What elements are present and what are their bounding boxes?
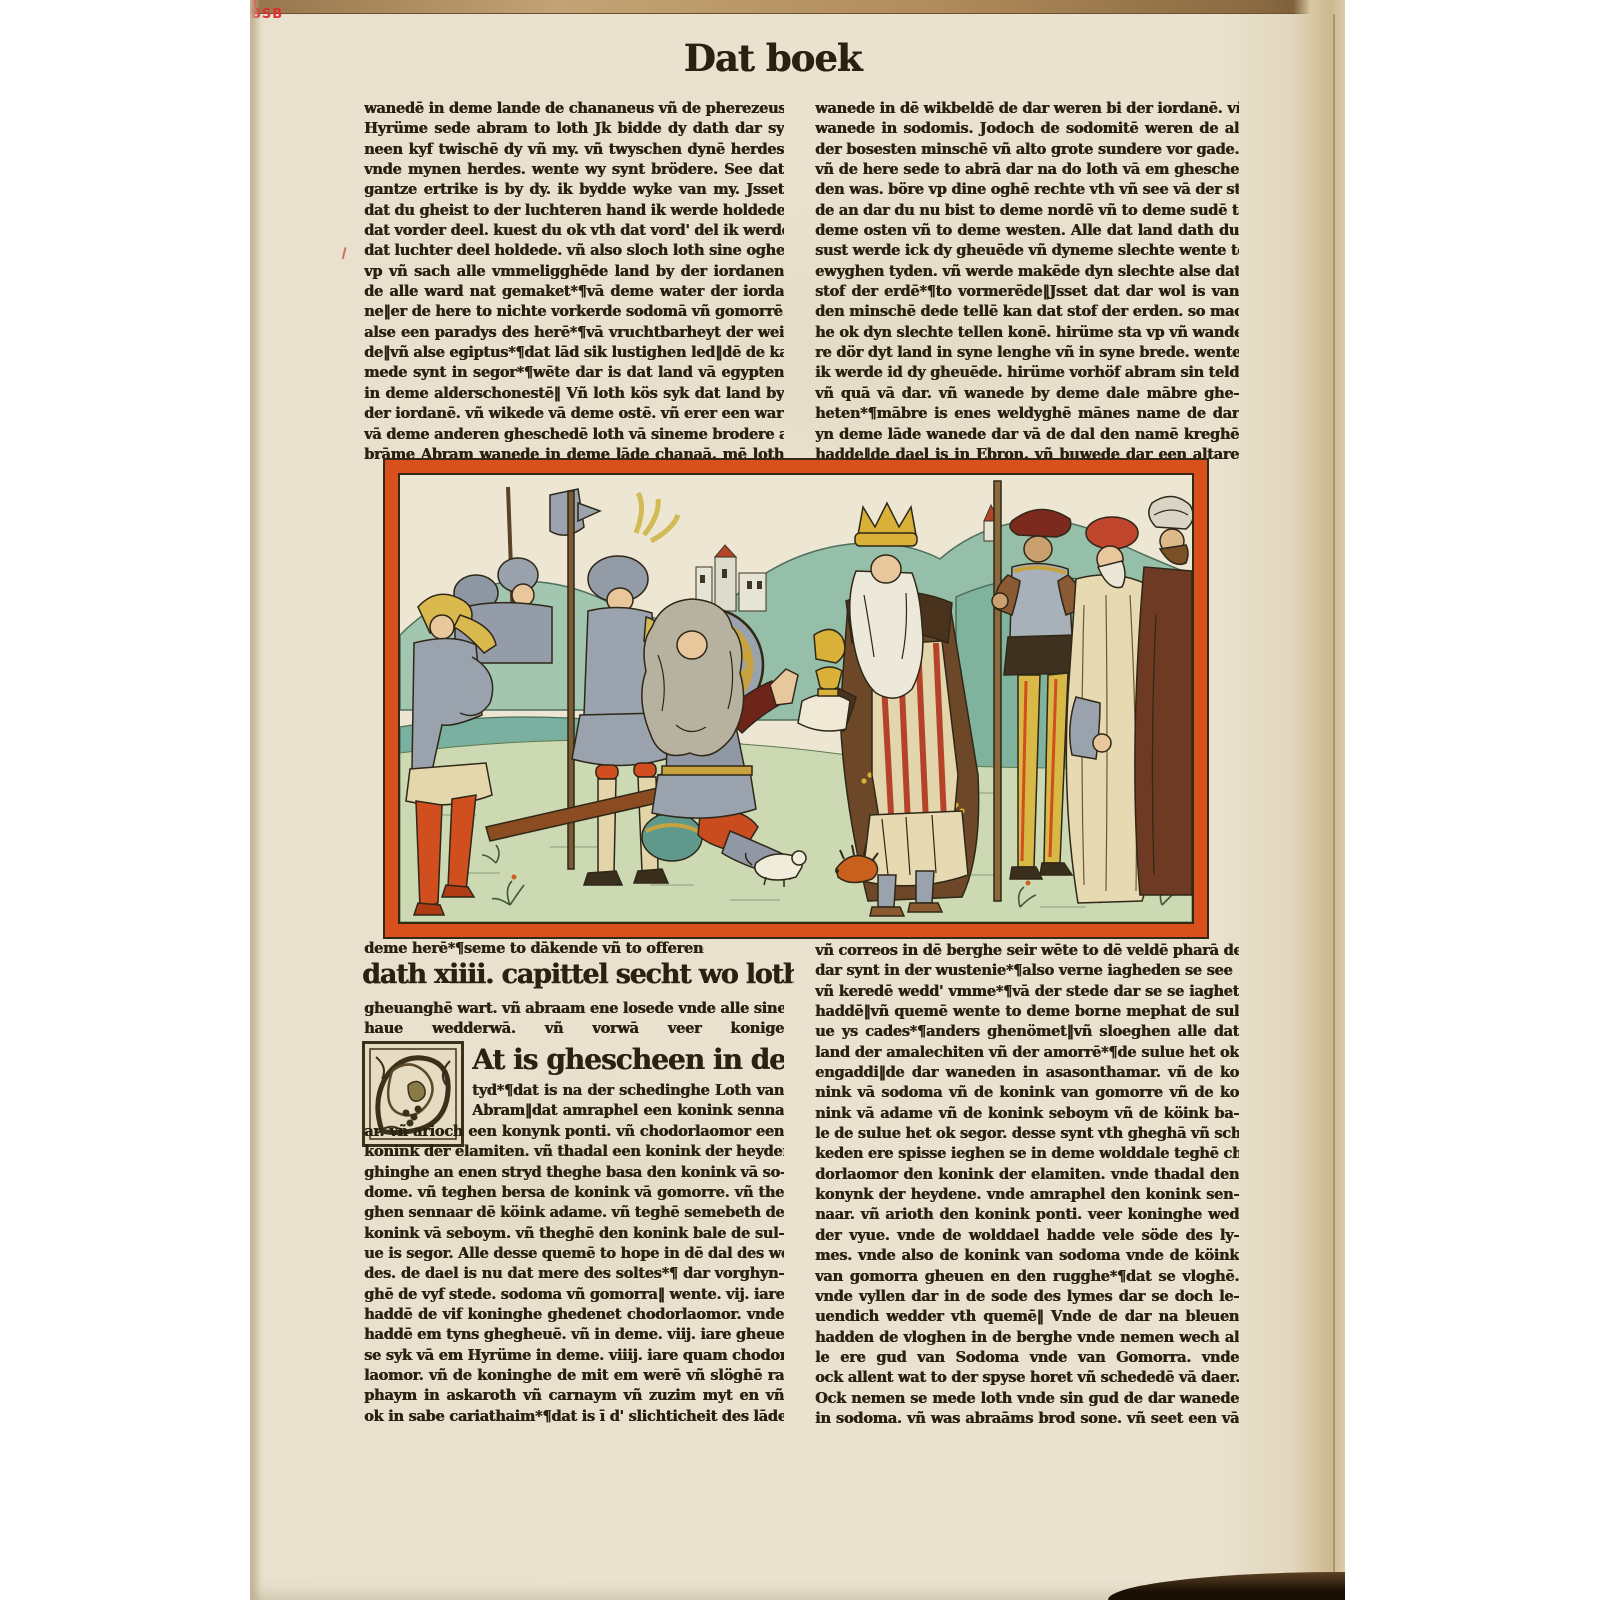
line-below-image: deme herē*¶seme to dākende vñ to offeren… [364,940,704,957]
woodcut-frame [383,458,1209,939]
text-line: uendich wedder vth quemē‖ Vnde de dar na… [815,1307,1239,1327]
text-line: tyd*¶dat is na der schedinghe Loth van [472,1081,784,1101]
chapter-heading: dath xiiii. capittel secht wo loth [362,959,794,990]
text-line: naar. vñ arioth den konink ponti. veer k… [815,1205,1239,1225]
gutter-shadow [250,0,260,1600]
text-line: land der amalechiten vñ der amorrē*¶de s… [815,1043,1239,1063]
text-line: vñ de here sede to abrā dar na do loth v… [815,160,1239,180]
text-line: haddē em tyns ghegheuē. vñ in deme. viij… [364,1325,784,1345]
text-line: gheuanghē wart. vñ abraam ene losede vnd… [364,999,784,1019]
text-line: dome. vñ teghen bersa de konink vā gomor… [364,1183,784,1203]
text-line: de alle ward nat gemaket*¶vā deme water … [364,282,784,302]
lower-right-column: vñ correos in dē berghe seir wēte to dē … [815,941,1239,1429]
text-line: vnde mynen herdes. wente wy synt brödere… [364,160,784,180]
text-line: haddē de vif koninghe ghedenet chodorlao… [364,1305,784,1325]
text-line: der bosesten minschē vñ alto grote sunde… [815,140,1239,160]
lower-left-column: ar. vñ arioch een konynk ponti. vñ chodo… [364,1122,784,1427]
text-line: des. de dael is nu dat mere des soltes*¶… [364,1264,784,1284]
text-line: konynk der heydene. vnde amraphel den ko… [815,1185,1239,1205]
book-page: BSB Dat boek wanedē in deme lande de cha… [250,0,1345,1600]
text-line: ue ys cades*¶anders ghenömet‖vñ sloeghen… [815,1022,1239,1042]
text-line: yn deme lāde wanede dar vā de dal den na… [815,425,1239,445]
text-line: de an dar du nu bist to deme nordē vñ to… [815,201,1239,221]
text-line: re dör dyt land in syne lenghe vñ in syn… [815,343,1239,363]
text-line: wanede in sodomis. Jodoch de sodomitē we… [815,119,1239,139]
text-line: in sodoma. vñ was abraāms brod sone. vñ … [815,1409,1239,1429]
text-line: engaddi‖de dar waneden in asasonthamar. … [815,1063,1239,1083]
woodcut-illustration [400,475,1192,922]
text-line: haddē‖vñ quemē wente to deme borne mepha… [815,1002,1239,1022]
text-line: deme osten vñ to deme westen. Alle dat l… [815,221,1239,241]
text-line: mes. vnde also de konink van sodoma vnde… [815,1246,1239,1266]
text-line: ar. vñ arioch een konynk ponti. vñ chodo… [364,1122,784,1142]
text-line: alse een paradys des herē*¶vā vruchtbarh… [364,323,784,343]
text-line: dat du gheist to der luchteren hand ik w… [364,201,784,221]
margin-annotation [342,247,354,261]
text-line: vñ quā vā dar. vñ wanede by deme dale mā… [815,384,1239,404]
text-line: wanedē in deme lande de chananeus vñ de … [364,99,784,119]
text-line: vnde vyllen dar in de sode des lymes dar… [815,1287,1239,1307]
text-line: vñ correos in dē berghe seir wēte to dē … [815,941,1239,961]
text-line: ghē de vyf stede. sodoma vñ gomorra‖ wen… [364,1285,784,1305]
text-line: de‖vñ alse egiptus*¶dat lād sik lustighe… [364,343,784,363]
text-line: sust werde ick dy gheuēde vñ dyneme slec… [815,241,1239,261]
book-fore-edge [1293,0,1345,1600]
text-line: gantze ertrike is by dy. ik bydde wyke v… [364,180,784,200]
text-line: hadden de vloghen in de berghe vnde neme… [815,1328,1239,1348]
text-line: ik werde id dy gheuēde. hirüme vorhöf ab… [815,363,1239,383]
text-line: le ere gud van Sodoma vnde van Gomorra. … [815,1348,1239,1368]
text-line: dar synt in der wustenie*¶also verne iag… [815,961,1239,981]
text-line: le de sulue het ok segor. desse synt vth… [815,1124,1239,1144]
scan-background: BSB Dat boek wanedē in deme lande de cha… [0,0,1600,1600]
text-line: vñ keredē wedd' vmme*¶vā der stede dar s… [815,982,1239,1002]
paragraph-indented-lines: tyd*¶dat is na der schedinghe Loth vanAb… [472,1081,784,1122]
text-line: Ock nemen se mede loth vnde sin gud de d… [815,1389,1239,1409]
text-line: ue is segor. Alle desse quemē to hope in… [364,1244,784,1264]
text-line: van gomorra gheuen en den rugghe*¶dat se… [815,1267,1239,1287]
text-line: nink vā sodoma vñ de konink van gomorre … [815,1083,1239,1103]
text-line: se syk vā em Hyrüme in deme. viiij. iare… [364,1346,784,1366]
text-line: ghinghe an enen stryd theghe basa den ko… [364,1163,784,1183]
text-line: dorlaomor den konink der elamiten. vnde … [815,1165,1239,1185]
text-line: ock allent wat to der spyse horet vñ sch… [815,1368,1239,1388]
book-top-edge [250,0,1345,14]
text-line: mede synt in segor*¶wēte dar is dat land… [364,363,784,383]
text-line: den was. böre vp dine oghē rechte vth vñ… [815,180,1239,200]
text-line: laomor. vñ de koninghe de mit em werē vñ… [364,1366,784,1386]
text-line: ne‖er de here to nichte vorkerde sodomā … [364,302,784,322]
text-line: konink der elamiten. vñ thadal een konin… [364,1142,784,1162]
page-title: Dat boek [250,36,1295,80]
text-line: konink vā seboym. vñ theghē den konink b… [364,1224,784,1244]
text-line: heten*¶mābre is enes weldyghē mānes name… [815,404,1239,424]
text-line: nink vā adame vñ de konink seboym vñ de … [815,1104,1239,1124]
paragraph-opening-line: At is ghescheen in der [472,1042,784,1080]
text-line: den minschē dede tellē kan dat stof der … [815,302,1239,322]
text-line: keden ere spisse ieghen se in deme woldd… [815,1144,1239,1164]
binding-corner [1108,1572,1345,1600]
text-line: der iordanē. vñ wikede vā deme ostē. vñ … [364,404,784,424]
text-line: ok in sabe cariathaim*¶dat is ī d' slich… [364,1407,784,1427]
text-line: haue wedderwā. vñ vorwā veer konige [364,1019,784,1039]
text-line: phaym in askaroth vñ carnaym vñ zuzim my… [364,1386,784,1406]
text-line: vp vñ sach alle vmmeligghēde land by der… [364,262,784,282]
text-line: Abram‖dat amraphel een konink senna [472,1101,784,1121]
text-line: ewyghen tyden. vñ werde makēde dyn slech… [815,262,1239,282]
text-line: neen kyf twischē dy vñ my. vñ twyschen d… [364,140,784,160]
text-line: dat luchter deel holdede. vñ also sloch … [364,241,784,261]
text-line: Hyrüme sede abram to loth Jk bidde dy da… [364,119,784,139]
text-line: he ok dyn slechte tellen konē. hirüme st… [815,323,1239,343]
text-line: wanede in dē wikbeldē de dar weren bi de… [815,99,1239,119]
text-line: ghen sennaar dē köink adame. vñ teghē se… [364,1203,784,1223]
text-line: in deme alderschonestē‖ Vñ loth kös syk … [364,384,784,404]
upper-right-column: wanede in dē wikbeldē de dar weren bi de… [815,99,1239,465]
text-line: der vyue. vnde de wolddael hadde vele sö… [815,1226,1239,1246]
text-line: stof der erdē*¶to vormerēde‖Jsset dat da… [815,282,1239,302]
chapter-subtitle: gheuanghē wart. vñ abraam ene losede vnd… [364,999,784,1040]
text-line: dat vorder deel. kuest du ok vth dat vor… [364,221,784,241]
text-line: vā deme anderen gheschedē loth vā sineme… [364,425,784,445]
upper-left-column: wanedē in deme lande de chananeus vñ de … [364,99,784,465]
